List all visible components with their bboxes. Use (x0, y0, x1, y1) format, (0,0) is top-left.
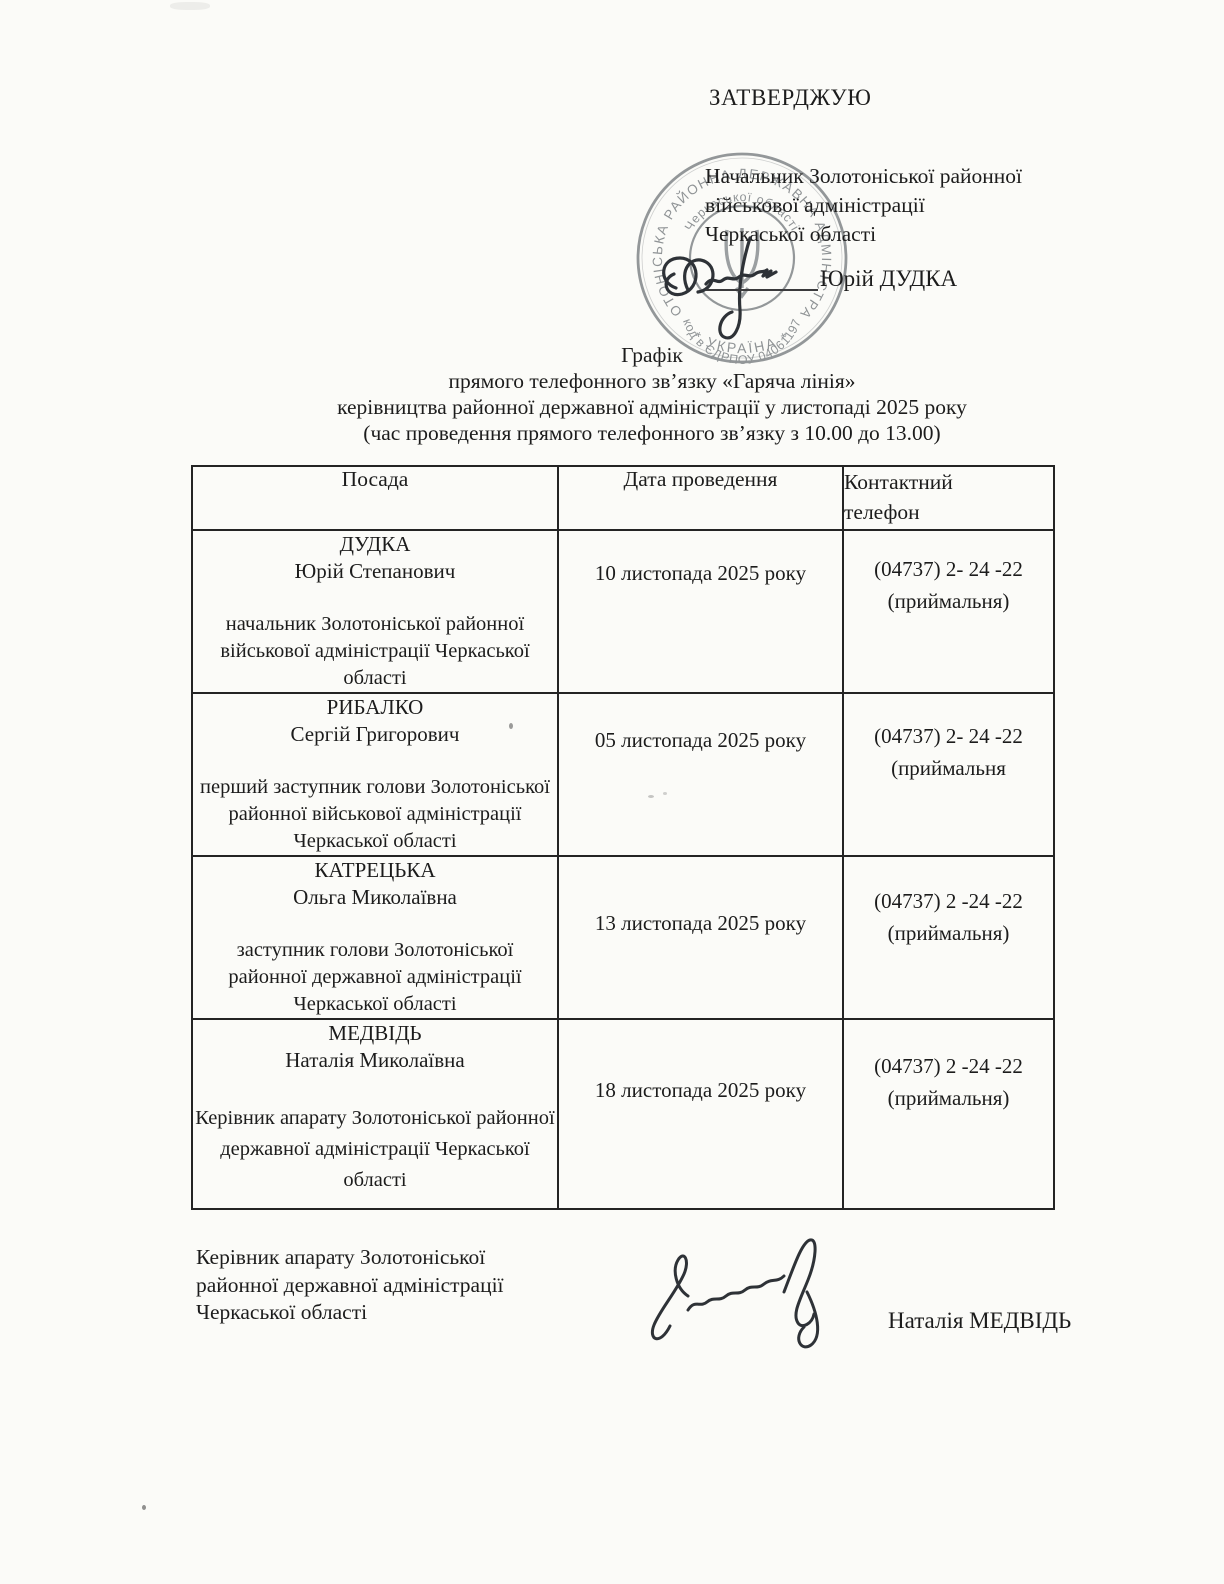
scanned-document-page: ЗАТВЕРДЖУЮ ЗОЛОТОНІСЬКА РАЙОННА ДЕРЖАВНА… (0, 0, 1224, 1584)
official-name: Сергій Григорович (193, 721, 557, 748)
schedule-table: Посада Дата проведення Контактний телефо… (191, 465, 1055, 1210)
cell-official: РИБАЛКО Сергій Григорович перший заступн… (192, 693, 558, 856)
table-row: КАТРЕЦЬКА Ольга Миколаївна заступник гол… (192, 856, 1054, 1019)
scan-speck (142, 1505, 146, 1510)
phone-number: (04737) 2- 24 -22 (844, 553, 1053, 585)
signature-underline (706, 289, 818, 291)
phone-note: (приймальня) (844, 917, 1053, 949)
cell-phone: (04737) 2 -24 -22 (приймальня) (843, 1019, 1054, 1209)
phone-note: (приймальня) (844, 1082, 1053, 1114)
official-position: начальник Золотоніської районної військо… (193, 611, 557, 692)
approver-name: Юрій ДУДКА (820, 266, 957, 292)
phone-number: (04737) 2- 24 -22 (844, 720, 1053, 752)
header-phone: Контактний телефон (843, 466, 1054, 530)
official-name: Наталія Миколаївна (193, 1047, 557, 1074)
official-surname: ДУДКА (193, 531, 557, 558)
phone-note: (приймальня (844, 752, 1053, 784)
title-line: прямого телефонного зв’язку «Гаряча ліні… (60, 368, 1224, 394)
table-row: РИБАЛКО Сергій Григорович перший заступн… (192, 693, 1054, 856)
cell-official: КАТРЕЦЬКА Ольга Миколаївна заступник гол… (192, 856, 558, 1019)
cell-date: 13 листопада 2025 року (558, 856, 843, 1019)
title-line: Графік (60, 342, 1224, 368)
scan-smudge (170, 2, 210, 10)
official-surname: РИБАЛКО (193, 694, 557, 721)
scan-speck (648, 795, 654, 798)
header-position: Посада (192, 466, 558, 530)
dudka-signature (648, 224, 828, 349)
header-date: Дата проведення (558, 466, 843, 530)
footer-signer-name: Наталія МЕДВІДЬ (888, 1308, 1071, 1334)
official-name: Ольга Миколаївна (193, 884, 557, 911)
footer-signer-title: Керівник апарату Золотоніської районної … (196, 1244, 504, 1327)
medvid-signature (640, 1230, 865, 1355)
scan-speck (663, 792, 667, 795)
footer-title-line: Керівник апарату Золотоніської (196, 1244, 504, 1272)
footer-title-line: районної державної адміністрації (196, 1272, 504, 1300)
official-surname: КАТРЕЦЬКА (193, 857, 557, 884)
phone-number: (04737) 2 -24 -22 (844, 1050, 1053, 1082)
title-line: (час проведення прямого телефонного зв’я… (60, 420, 1224, 446)
document-title: Графік прямого телефонного зв’язку «Гаря… (60, 342, 1224, 446)
cell-date: 18 листопада 2025 року (558, 1019, 843, 1209)
cell-phone: (04737) 2- 24 -22 (приймальня (843, 693, 1054, 856)
official-position: перший заступник голови Золотоніської ра… (193, 774, 557, 855)
phone-number: (04737) 2 -24 -22 (844, 885, 1053, 917)
cell-date: 10 листопада 2025 року (558, 530, 843, 693)
approve-label: ЗАТВЕРДЖУЮ (709, 85, 872, 111)
title-line: керівництва районної державної адміністр… (60, 394, 1224, 420)
approver-title-line: Начальник Золотоніської районної (705, 162, 1022, 191)
table-row: МЕДВІДЬ Наталія Миколаївна Керівник апар… (192, 1019, 1054, 1209)
phone-note: (приймальня) (844, 585, 1053, 617)
table-row: ДУДКА Юрій Степанович начальник Золотоні… (192, 530, 1054, 693)
table-header-row: Посада Дата проведення Контактний телефо… (192, 466, 1054, 530)
official-surname: МЕДВІДЬ (193, 1020, 557, 1047)
cell-date: 05 листопада 2025 року (558, 693, 843, 856)
official-position: заступник голови Золотоніської районної … (193, 937, 557, 1018)
footer-title-line: Черкаської області (196, 1299, 504, 1327)
approver-title-line: військової адміністрації (705, 191, 1022, 220)
cell-phone: (04737) 2 -24 -22 (приймальня) (843, 856, 1054, 1019)
scan-speck (509, 723, 513, 729)
official-position: Керівник апарату Золотоніської районної … (193, 1103, 557, 1196)
official-name: Юрій Степанович (193, 558, 557, 585)
cell-official: МЕДВІДЬ Наталія Миколаївна Керівник апар… (192, 1019, 558, 1209)
cell-phone: (04737) 2- 24 -22 (приймальня) (843, 530, 1054, 693)
cell-official: ДУДКА Юрій Степанович начальник Золотоні… (192, 530, 558, 693)
